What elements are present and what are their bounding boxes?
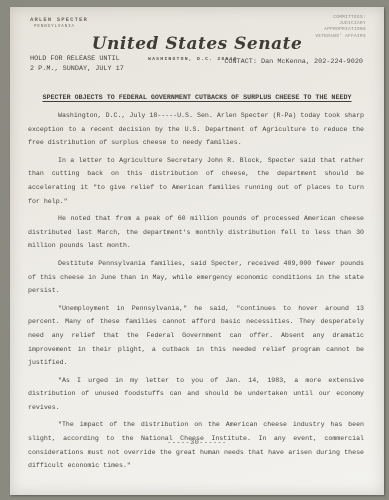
sender-block: ARLEN SPECTER PENNSYLVANIA (30, 16, 88, 29)
paragraph: In a letter to Agriculture Secretary Joh… (28, 154, 364, 208)
paper-sheet: ARLEN SPECTER PENNSYLVANIA COMMITTEES: J… (10, 7, 384, 495)
paragraph: Washington, D.C., July 18-----U.S. Sen. … (28, 109, 364, 150)
masthead-title: United States Senate (10, 34, 384, 54)
paragraph: He noted that from a peak of 60 million … (28, 212, 364, 253)
headline: SPECTER OBJECTS TO FEDERAL GOVERNMENT CU… (10, 94, 384, 102)
release-instructions: HOLD FOR RELEASE UNTIL 2 P.M., SUNDAY, J… (30, 55, 124, 74)
release-line-2: 2 P.M., SUNDAY, JULY 17 (30, 65, 124, 75)
sender-name: ARLEN SPECTER (30, 16, 88, 23)
paragraph: "As I urged in my letter to you of Jan. … (28, 374, 364, 415)
end-mark: -----30------ (10, 439, 384, 447)
press-release-scan: ARLEN SPECTER PENNSYLVANIA COMMITTEES: J… (0, 0, 389, 500)
body-text: Washington, D.C., July 18-----U.S. Sen. … (28, 109, 364, 477)
sender-state: PENNSYLVANIA (34, 25, 88, 29)
paragraph: "Unemployment in Pennsylvania," he said,… (28, 302, 364, 370)
contact-line: CONTACT: Dan McKenna, 202-224-9020 (224, 58, 363, 66)
paragraph: Destitute Pennsylvania families, said Sp… (28, 257, 364, 298)
release-line-1: HOLD FOR RELEASE UNTIL (30, 55, 124, 65)
